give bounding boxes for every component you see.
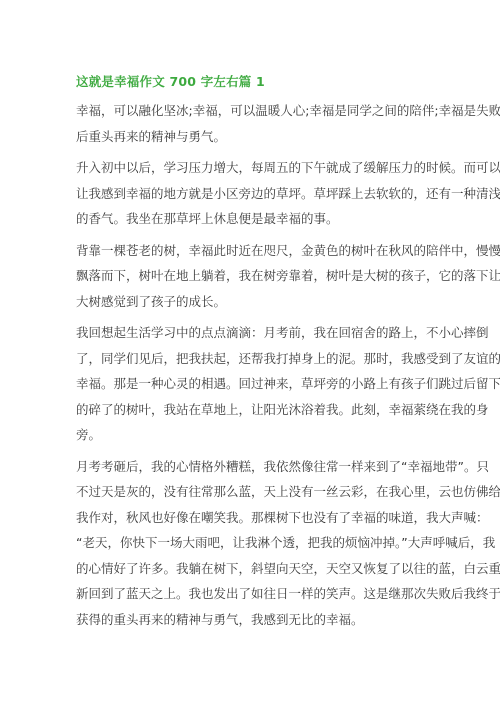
article: 这就是幸福作文 700 字左右篇 1 幸福，可以融化坚冰;幸福，可以温暖人心;幸… [76,74,426,638]
text-line: 大树感觉到了孩子的成长。 [76,289,426,315]
text-line: 的心情好了许多。我躺在树下，斜望向天空，天空又恢复了以往的蓝，白云重 [76,556,426,582]
text-line: 飘落而下，树叶在地上躺着，我在树旁靠着，树叶是大树的孩子，它的落下让 [76,263,426,289]
text-line: 后重头再来的精神与勇气。 [76,124,426,150]
text-line: 获得的重头再来的精神与勇气，我感到无比的幸福。 [76,607,426,633]
text-line: 月考考砸后，我的心情格外糟糕，我依然像往常一样来到了“幸福地带”。只 [76,454,426,480]
text-line: 升入初中以后，学习压力增大，每周五的下午就成了缓解压力的时候。而可以 [76,155,426,181]
text-line: 幸福，可以融化坚冰;幸福，可以温暖人心;幸福是同学之间的陪伴;幸福是失败 [76,98,426,124]
paragraph-1: 幸福，可以融化坚冰;幸福，可以温暖人心;幸福是同学之间的陪伴;幸福是失败 后重头… [76,98,426,149]
article-title: 这就是幸福作文 700 字左右篇 1 [76,74,426,90]
text-line: 我作对，秋风也好像在嘲笑我。那棵树下也没有了幸福的味道，我大声喊： [76,505,426,531]
text-line: 背靠一棵苍老的树，幸福此时近在咫尺，金黄色的树叶在秋风的陪伴中，慢慢 [76,238,426,264]
text-line: 了，同学们见后，把我扶起，还帮我打掉身上的泥。那时，我感受到了友谊的 [76,346,426,372]
text-line: “老天，你快下一场大雨吧，让我淋个透，把我的烦恼冲掉。”大声呼喊后，我 [76,530,426,556]
paragraph-3: 背靠一棵苍老的树，幸福此时近在咫尺，金黄色的树叶在秋风的陪伴中，慢慢 飘落而下，… [76,238,426,315]
text-line: 旁。 [76,422,426,448]
paragraph-5: 月考考砸后，我的心情格外糟糕，我依然像往常一样来到了“幸福地带”。只 不过天是灰… [76,454,426,633]
text-line: 不过天是灰的，没有往常那么蓝，天上没有一丝云彩，在我心里，云也仿佛给 [76,479,426,505]
text-line: 让我感到幸福的地方就是小区旁边的草坪。草坪踩上去软软的，还有一种清浅 [76,181,426,207]
text-line: 的香气。我坐在那草坪上休息便是最幸福的事。 [76,206,426,232]
paragraph-4: 我回想起生活学习中的点点滴滴：月考前，我在回宿舍的路上，不小心摔倒 了，同学们见… [76,320,426,448]
text-line: 新回到了蓝天之上。我也发出了如往日一样的笑声。这是继那次失败后我终于 [76,581,426,607]
text-line: 幸福。那是一种心灵的相遇。回过神来，草坪旁的小路上有孩子们跳过后留下 [76,371,426,397]
text-line: 的碎了的树叶，我站在草地上，让阳光沐浴着我。此刻，幸福萦绕在我的身 [76,397,426,423]
paragraph-2: 升入初中以后，学习压力增大，每周五的下午就成了缓解压力的时候。而可以 让我感到幸… [76,155,426,232]
text-line: 我回想起生活学习中的点点滴滴：月考前，我在回宿舍的路上，不小心摔倒 [76,320,426,346]
